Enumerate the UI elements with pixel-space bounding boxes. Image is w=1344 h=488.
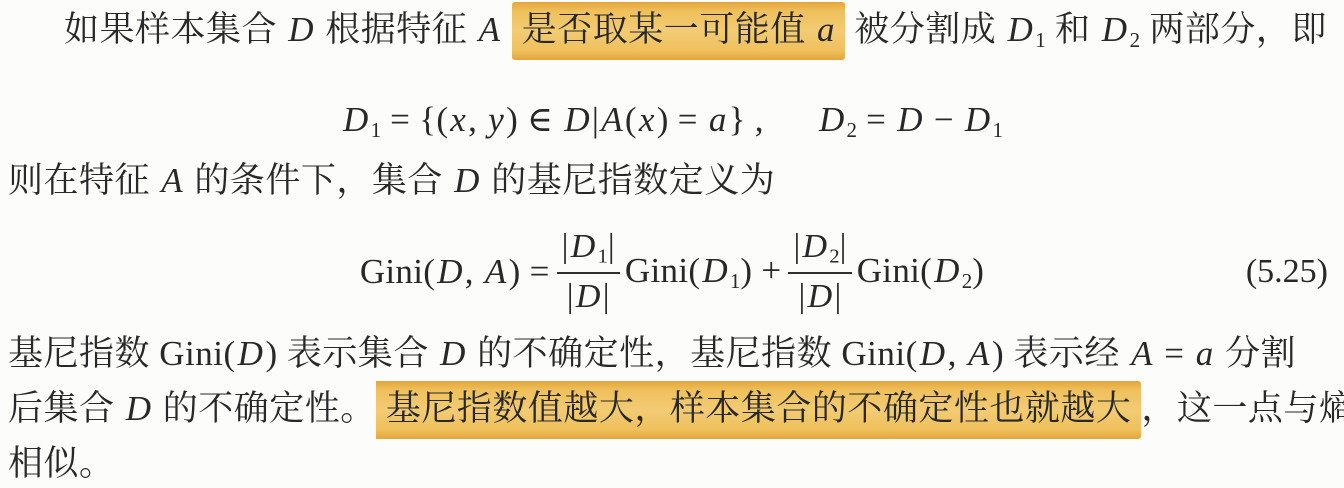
text-segment: 相似。 bbox=[8, 444, 115, 483]
paragraph3-line2: 后集合 D 的不确定性。基尼指数值越大，样本集合的不确定性也就越大，这一点与熵 bbox=[8, 385, 1344, 433]
text-segment: 表示集合 bbox=[278, 334, 439, 373]
text-segment: , bbox=[465, 252, 483, 291]
text-segment: a bbox=[1194, 334, 1216, 373]
text-segment: Gini( bbox=[360, 252, 435, 291]
fraction-denominator: |D| bbox=[788, 274, 851, 317]
text-segment: A bbox=[477, 10, 503, 49]
text-segment: D bbox=[700, 251, 730, 290]
text-segment: A bbox=[966, 334, 992, 373]
text-segment: Gini( bbox=[857, 251, 932, 290]
text-segment: 两部分，即 bbox=[1140, 10, 1327, 49]
text-segment: D bbox=[801, 228, 830, 265]
text-segment: D bbox=[963, 100, 993, 139]
equation-number: (5.25) bbox=[1246, 248, 1328, 296]
text-segment: 1 bbox=[730, 268, 741, 292]
text-segment: 2 bbox=[1130, 28, 1141, 52]
equation-mid: Gini(D1) + bbox=[625, 251, 782, 294]
fraction-numerator: |D2| bbox=[788, 227, 851, 274]
text-segment: D bbox=[452, 161, 482, 200]
text-segment: y bbox=[486, 100, 506, 139]
text-segment: 表示经 bbox=[1004, 334, 1129, 373]
text-segment: D bbox=[817, 100, 847, 139]
text-segment: | bbox=[562, 228, 569, 265]
equation-gini-conditional: Gini(D, A) = |D1| |D| Gini(D1) + |D2| |D… bbox=[0, 222, 1344, 322]
text-segment: , bbox=[948, 334, 967, 373]
text-segment: D bbox=[236, 334, 266, 373]
text-segment: ) ∈ bbox=[506, 100, 562, 139]
text-segment: ( bbox=[625, 100, 637, 139]
text-segment: 1 bbox=[371, 118, 382, 142]
text-segment: Gini( bbox=[841, 334, 917, 373]
text-segment: ) = bbox=[657, 100, 707, 139]
text-segment: D bbox=[435, 252, 465, 291]
text-segment: 被分割成 bbox=[845, 10, 1006, 49]
text-segment: A bbox=[1129, 334, 1155, 373]
text-segment: 1 bbox=[1035, 28, 1046, 52]
text-segment: D bbox=[1100, 10, 1130, 49]
fraction-d1-over-d: |D1| |D| bbox=[557, 227, 620, 317]
text-segment: D bbox=[124, 389, 154, 428]
text-segment: 2 bbox=[962, 268, 973, 292]
text-segment: | bbox=[799, 278, 806, 315]
text-segment: | bbox=[603, 278, 610, 315]
text-segment: D bbox=[574, 278, 603, 315]
text-segment: D bbox=[932, 251, 962, 290]
text-segment: | bbox=[608, 228, 615, 265]
text-segment: 的基尼指数定义为 bbox=[482, 161, 775, 200]
equation-d1-d2-definition: D1 = {(x, y) ∈ D|A(x) = a} , D2 = D − D1 bbox=[0, 96, 1344, 154]
text-segment: 的不确定性。 bbox=[154, 389, 376, 428]
text-segment: 和 bbox=[1046, 10, 1100, 49]
highlighted-text-segment: 基尼指数值越大，样本集合的不确定性也就越大 bbox=[376, 381, 1142, 439]
text-segment: 基尼指数 bbox=[8, 334, 159, 373]
text-segment: , bbox=[468, 100, 486, 139]
fraction-denominator: |D| bbox=[557, 274, 620, 317]
text-segment bbox=[502, 10, 511, 49]
text-segment: = bbox=[857, 100, 895, 139]
text-segment: | bbox=[793, 228, 800, 265]
highlighted-text-segment: 是否取某一可能值 bbox=[512, 2, 815, 60]
text-segment: A bbox=[159, 161, 185, 200]
text-segment: | bbox=[840, 228, 847, 265]
text-segment: } , bbox=[729, 100, 764, 139]
text-segment: 根据特征 bbox=[316, 10, 477, 49]
text-segment bbox=[764, 100, 817, 139]
text-segment: 分割 bbox=[1216, 334, 1296, 373]
text-segment: 2 bbox=[829, 246, 839, 268]
text-segment: | bbox=[835, 278, 842, 315]
fraction-numerator: |D1| bbox=[557, 227, 620, 274]
text-segment: D bbox=[1005, 10, 1035, 49]
highlighted-text-segment: a bbox=[815, 2, 845, 60]
text-segment: D bbox=[286, 10, 316, 49]
equation-lhs: Gini(D, A) = bbox=[360, 252, 550, 292]
text-segment: 2 bbox=[847, 118, 858, 142]
equation-rhs: Gini(D2) bbox=[857, 251, 984, 294]
text-segment: D bbox=[895, 100, 925, 139]
text-segment: D bbox=[569, 228, 598, 265]
text-segment: ) bbox=[992, 334, 1004, 373]
text-segment: 如果样本集合 bbox=[64, 10, 286, 49]
text-segment: ) bbox=[972, 251, 984, 290]
text-segment: 后集合 bbox=[8, 389, 124, 428]
text-segment: 则在特征 bbox=[8, 161, 159, 200]
text-segment: 1 bbox=[992, 118, 1003, 142]
text-segment: a bbox=[707, 100, 729, 139]
text-segment: D bbox=[438, 334, 468, 373]
text-segment: x bbox=[448, 100, 468, 139]
text-segment: 1 bbox=[598, 246, 608, 268]
text-segment: − bbox=[925, 100, 963, 139]
text-segment: 的不确定性，基尼指数 bbox=[468, 334, 842, 373]
text-segment: = {( bbox=[381, 100, 448, 139]
fraction-d2-over-d: |D2| |D| bbox=[788, 227, 851, 317]
text-segment: 的条件下，集合 bbox=[185, 161, 452, 200]
text-segment: D bbox=[806, 278, 835, 315]
text-segment: Gini( bbox=[625, 251, 700, 290]
paragraph1-line1: 如果样本集合 D 根据特征 A 是否取某一可能值 a 被分割成 D1 和 D2 … bbox=[64, 6, 1327, 64]
text-segment: D bbox=[341, 100, 371, 139]
paragraph2-line1: 则在特征 A 的条件下，集合 D 的基尼指数定义为 bbox=[8, 157, 775, 205]
text-segment: A bbox=[599, 100, 625, 139]
text-segment: A bbox=[483, 252, 509, 291]
text-segment: ) + bbox=[740, 251, 781, 290]
paragraph3-line3: 相似。 bbox=[8, 440, 115, 488]
text-segment: D bbox=[562, 100, 592, 139]
text-segment: ) = bbox=[509, 252, 550, 291]
text-segment: Gini( bbox=[159, 334, 235, 373]
paragraph3-line1: 基尼指数 Gini(D) 表示集合 D 的不确定性，基尼指数 Gini(D, A… bbox=[8, 330, 1296, 378]
text-segment: x bbox=[637, 100, 657, 139]
text-segment: | bbox=[567, 278, 574, 315]
text-segment: D bbox=[918, 334, 948, 373]
text-segment: = bbox=[1155, 334, 1194, 373]
text-segment: ) bbox=[265, 334, 277, 373]
text-segment: ，这一点与熵 bbox=[1141, 389, 1344, 428]
